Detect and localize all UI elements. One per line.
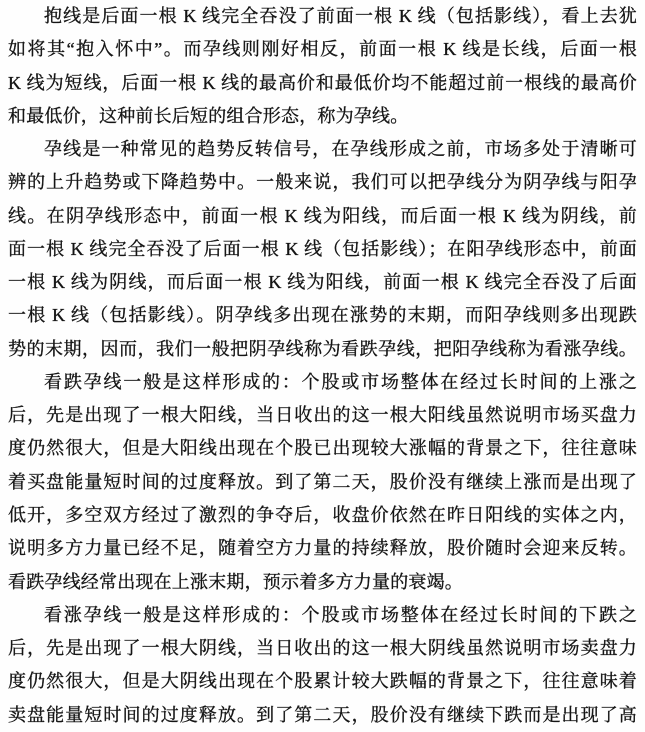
document-page: 抱线是后面一根 K 线完全吞没了前面一根 K 线（包括影线），看上去犹 如将其“… — [0, 0, 645, 732]
text-line: 后，先是出现了一根大阴线，当日收出的这一根大阴线虽然说明市场卖盘力 — [8, 632, 637, 665]
text-line: 卖盘能量短时间的过度释放。到了第二天，股价没有继续下跌而是出现了高 — [8, 699, 637, 732]
text-line: 一根 K 线（包括影线）。阴孕线多出现在涨势的末期，而阳孕线则多出现跌 — [8, 299, 637, 332]
text-line: 面一根 K 线完全吞没了后面一根 K 线（包括影线）；在阳孕线形态中，前面 — [8, 233, 637, 266]
text-line: 线。在阴孕线形态中，前面一根 K 线为阳线，而后面一根 K 线为阴线，前 — [8, 200, 637, 233]
paragraph-bullish-harami-formation: 看涨孕线一般是这样形成的：个股或市场整体在经过长时间的下跌之 后，先是出现了一根… — [8, 599, 637, 732]
paragraph-bearish-harami-formation: 看跌孕线一般是这样形成的：个股或市场整体在经过长时间的上涨之 后，先是出现了一根… — [8, 366, 637, 599]
text-line: 一根 K 线为阴线，而后面一根 K 线为阳线，前面一根 K 线完全吞没了后面 — [8, 266, 637, 299]
text-line: 度仍然很大，但是大阴线出现在个股累计较大跌幅的背景之下，往往意味着 — [8, 665, 637, 698]
text-line: 着买盘能量短时间的过度释放。到了第二天，股价没有继续上涨而是出现了 — [8, 466, 637, 499]
text-line: 看涨孕线一般是这样形成的：个股或市场整体在经过长时间的下跌之 — [8, 599, 637, 632]
text-line: 势的末期，因而，我们一般把阴孕线称为看跌孕线，把阳孕线称为看涨孕线。 — [8, 333, 637, 366]
paragraph-yunxian-types: 孕线是一种常见的趋势反转信号，在孕线形成之前，市场多处于清晰可 辨的上升趋势或下… — [8, 133, 637, 366]
paragraph-baoxian-definition: 抱线是后面一根 K 线完全吞没了前面一根 K 线（包括影线），看上去犹 如将其“… — [8, 0, 637, 133]
text-line: 辨的上升趋势或下降趋势中。一般来说，我们可以把孕线分为阴孕线与阳孕 — [8, 166, 637, 199]
text-line: 抱线是后面一根 K 线完全吞没了前面一根 K 线（包括影线），看上去犹 — [8, 0, 637, 33]
text-line: 和最低价，这种前长后短的组合形态，称为孕线。 — [8, 100, 637, 133]
text-line: 孕线是一种常见的趋势反转信号，在孕线形成之前，市场多处于清晰可 — [8, 133, 637, 166]
text-line: 度仍然很大，但是大阳线出现在个股已出现较大涨幅的背景之下，往往意味 — [8, 432, 637, 465]
text-line: K 线为短线，后面一根 K 线的最高价和最低价均不能超过前一根线的最高价 — [8, 67, 637, 100]
text-line: 如将其“抱入怀中”。而孕线则刚好相反，前面一根 K 线是长线，后面一根 — [8, 33, 637, 66]
text-line: 后，先是出现了一根大阳线，当日收出的这一根大阳线虽然说明市场买盘力 — [8, 399, 637, 432]
text-line: 说明多方力量已经不足，随着空方力量的持续释放，股价随时会迎来反转。 — [8, 532, 637, 565]
text-line: 看跌孕线经常出现在上涨末期，预示着多方力量的衰竭。 — [8, 566, 637, 599]
text-line: 看跌孕线一般是这样形成的：个股或市场整体在经过长时间的上涨之 — [8, 366, 637, 399]
text-line: 低开，多空双方经过了激烈的争夺后，收盘价依然在昨日阳线的实体之内， — [8, 499, 637, 532]
